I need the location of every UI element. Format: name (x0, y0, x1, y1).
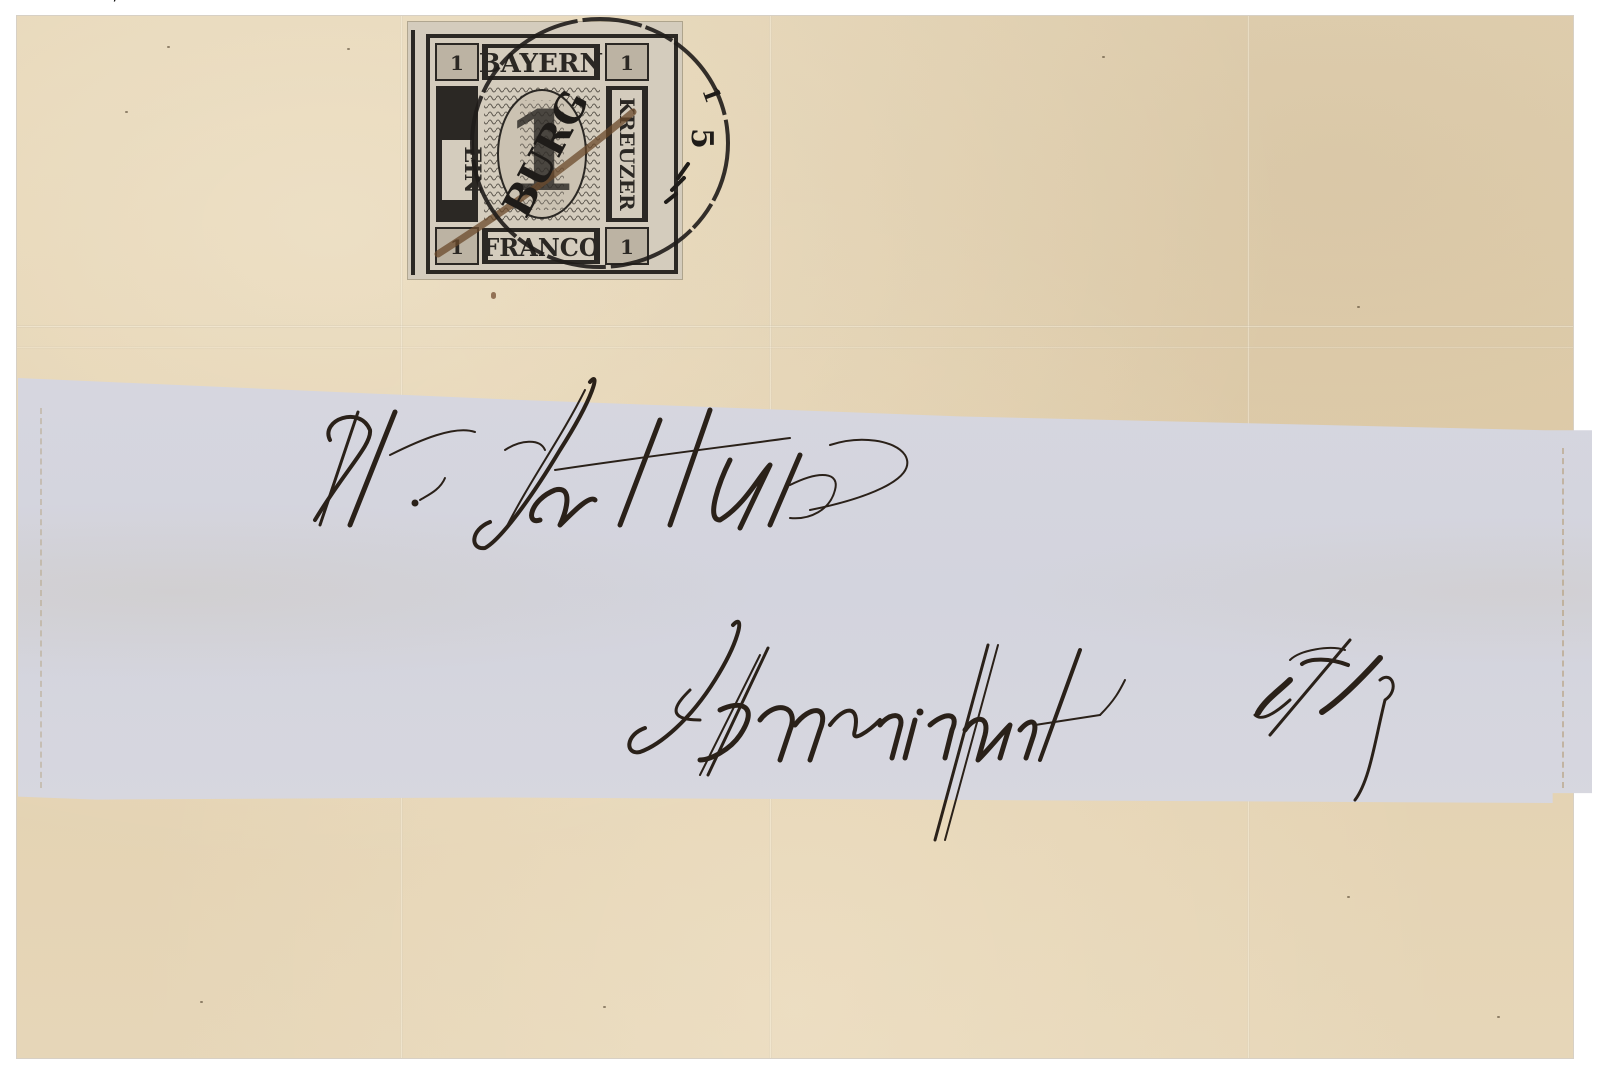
stamp-country-text: BAYERN (479, 49, 604, 79)
svg-text:1: 1 (620, 235, 634, 259)
svg-text:1: 1 (620, 51, 634, 75)
paper-speck (491, 292, 496, 299)
paper-speck (1347, 896, 1350, 898)
bavaria-one-kreuzer-stamp: BAYERN FRANCO 1 1 1 1 EIN KREUZER (408, 22, 682, 279)
fold-line (17, 346, 1573, 349)
address-line-2: Schweinfurt a/Mn (0, 0, 146, 4)
band-stain-right (1556, 448, 1564, 788)
band-stain-left (40, 408, 48, 788)
stamp-center-numeral: 1 (504, 87, 581, 216)
paper-speck (125, 111, 128, 113)
stamp-ein-text: EIN (459, 146, 485, 193)
stamp-franco-text: FRANCO (482, 233, 600, 262)
fold-line (17, 325, 1573, 328)
paper-speck (1357, 306, 1360, 308)
paper-speck (1102, 56, 1105, 58)
stamp-design: BAYERN FRANCO 1 1 1 1 EIN KREUZER (408, 22, 682, 279)
paper-speck (167, 46, 170, 48)
svg-text:1: 1 (450, 51, 464, 75)
paper-speck (603, 1006, 606, 1008)
paper-speck (347, 48, 350, 50)
address-line-1: W. Sattler (0, 0, 80, 4)
paper-speck (200, 1001, 203, 1003)
paper-speck (1497, 1016, 1500, 1018)
address-wrapper-band (18, 378, 1592, 806)
